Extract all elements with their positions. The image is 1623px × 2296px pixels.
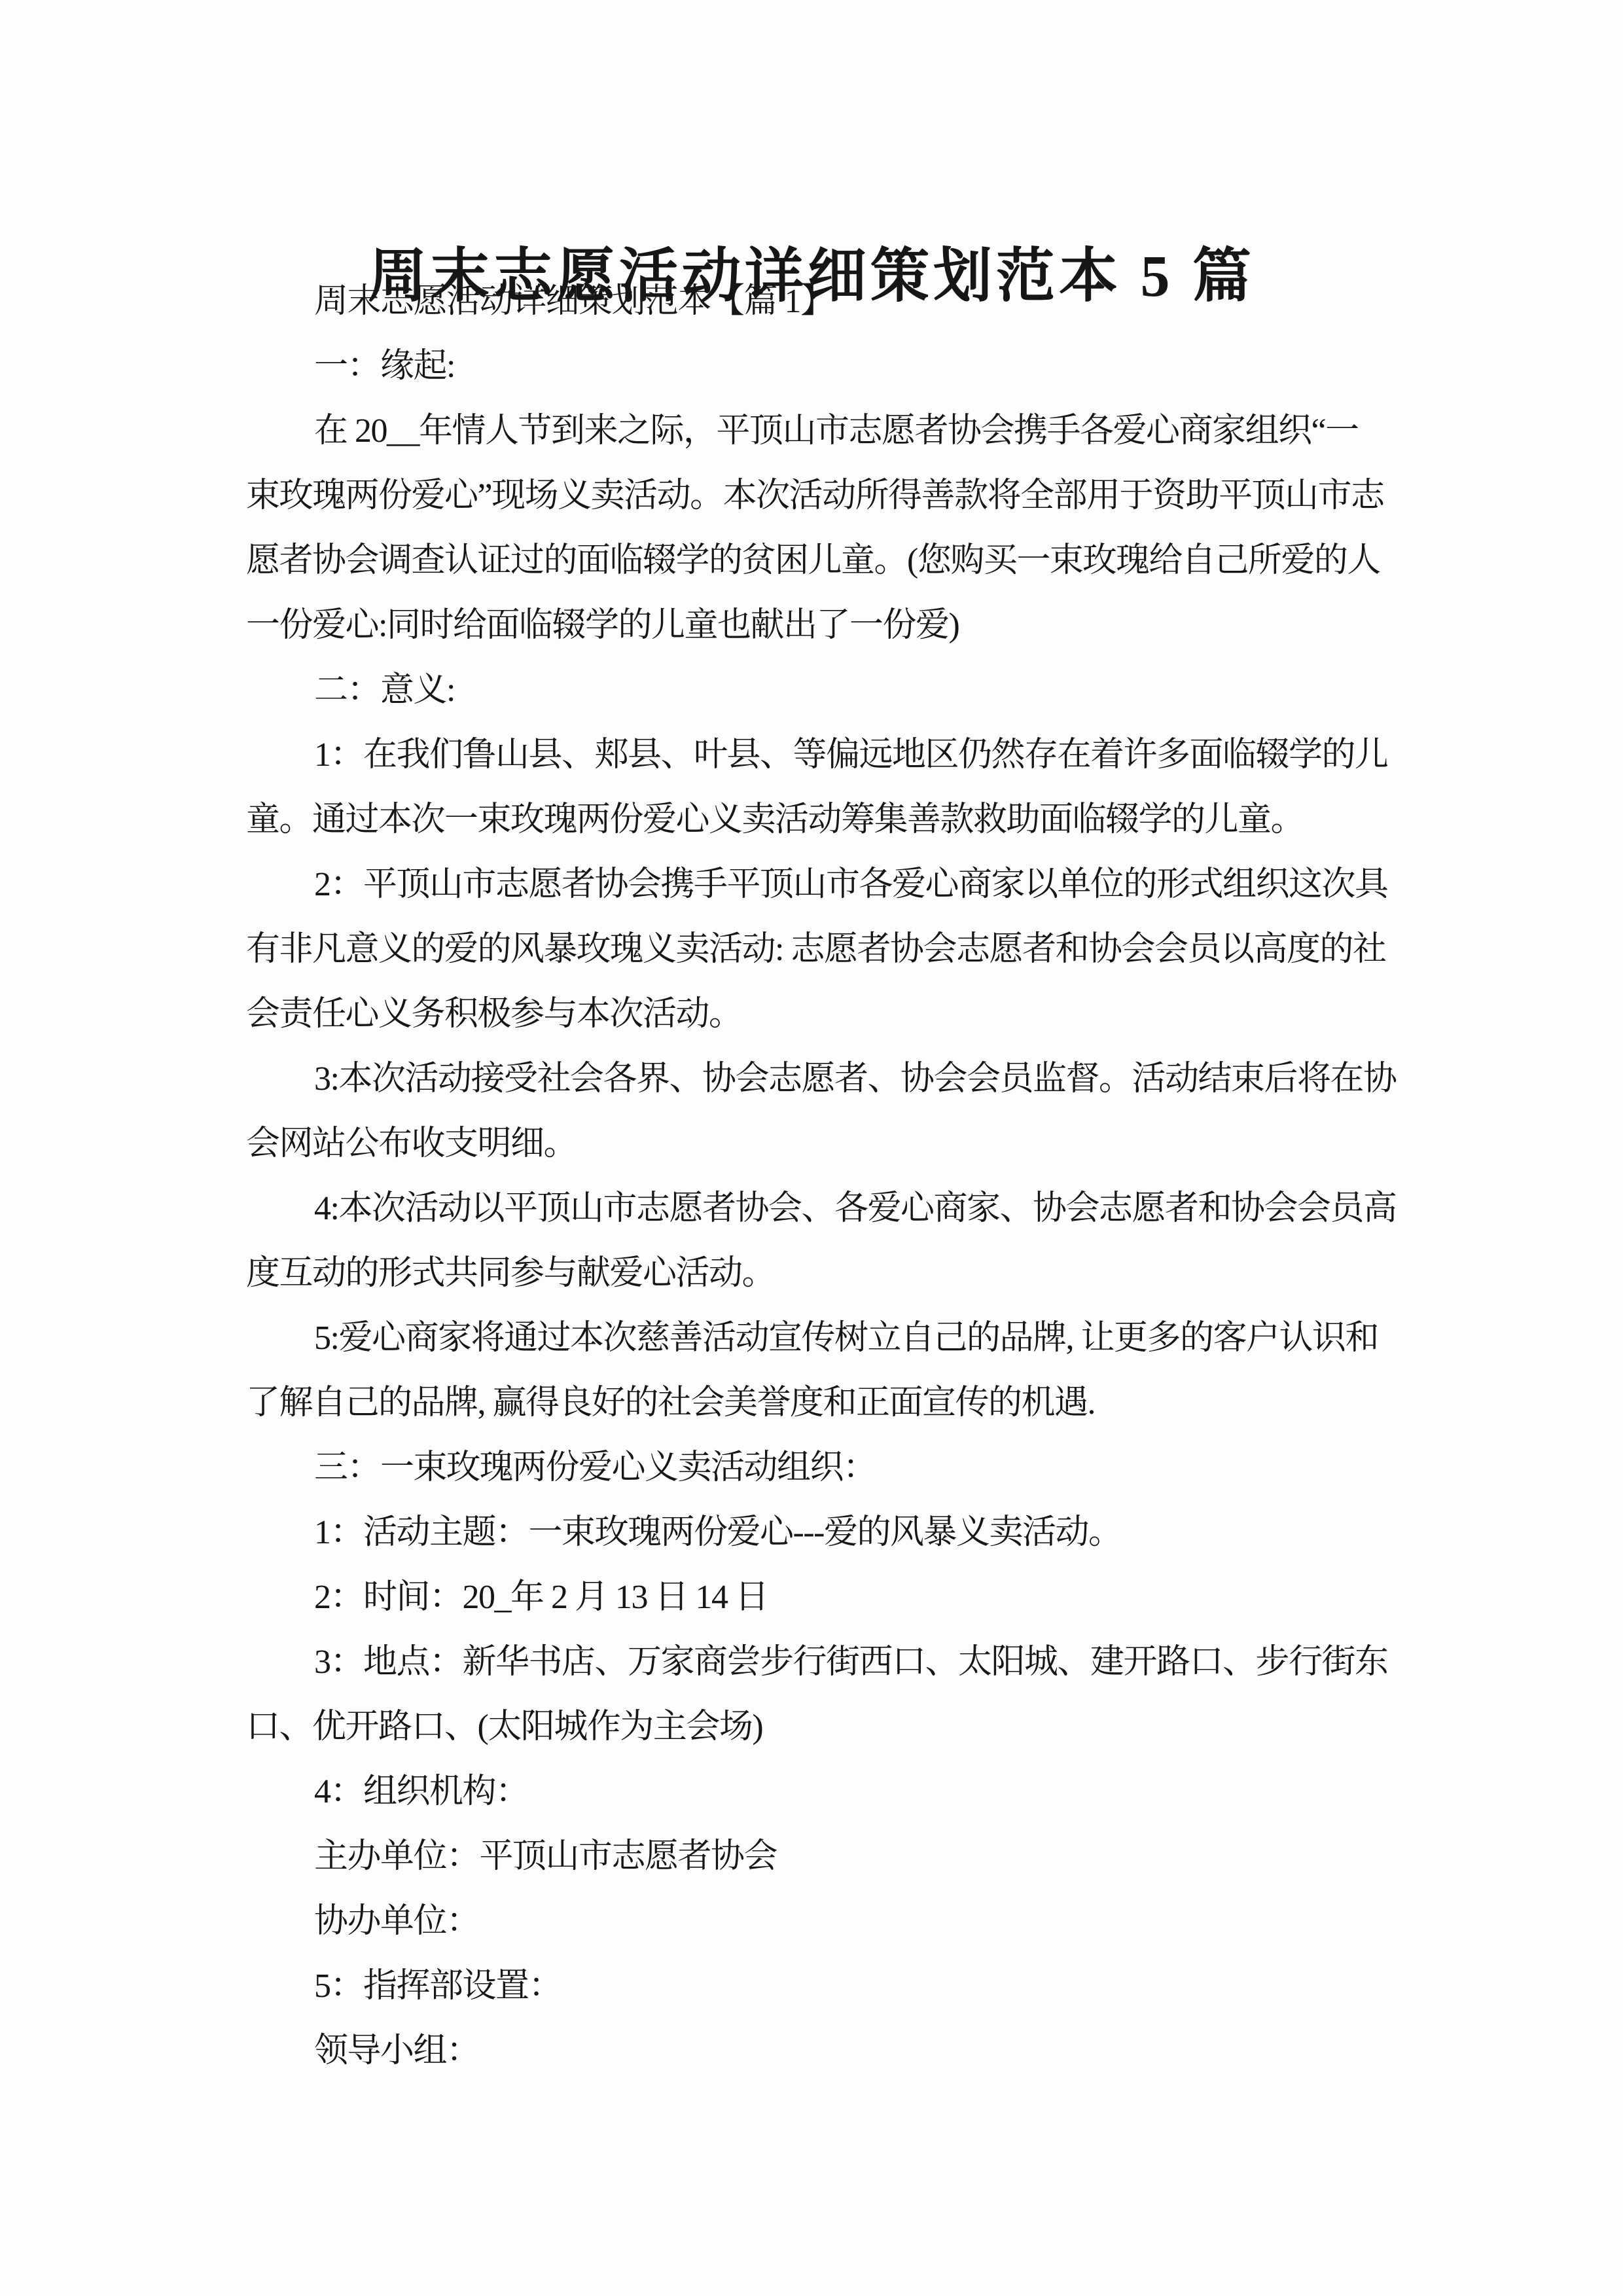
text-line: 2：时间：20_年 2 月 13 日 14 日	[246, 1565, 1466, 1630]
text-line: 一份爱心:同时给面临辍学的儿童也献出了一份爱)	[246, 593, 1398, 658]
text-line: 5：指挥部设置：	[246, 1954, 1466, 2018]
text-line: 二：意义:	[246, 658, 1466, 723]
text-line: 1：活动主题：一束玫瑰两份爱心---爱的风暴义卖活动。	[246, 1500, 1466, 1565]
text-line: 一：缘起:	[246, 334, 1466, 399]
text-line: 有非凡意义的爱的风暴玫瑰义卖活动: 志愿者协会志愿者和协会会员以高度的社	[246, 917, 1398, 982]
text-line: 2：平顶山市志愿者协会携手平顶山市各爱心商家以单位的形式组织这次具	[246, 852, 1466, 917]
text-line: 主办单位：平顶山市志愿者协会	[246, 1824, 1466, 1889]
text-line: 4：组织机构：	[246, 1759, 1466, 1824]
text-line: 3：地点：新华书店、万家商尝步行街西口、太阳城、建开路口、步行街东	[246, 1630, 1466, 1695]
text-line: 会网站公布收支明细。	[246, 1111, 1398, 1176]
text-line: 了解自己的品牌, 赢得良好的社会美誉度和正面宣传的机遇.	[246, 1371, 1398, 1435]
text-line: 口、优开路口、(太阳城作为主会场)	[246, 1695, 1398, 1759]
text-line: 度互动的形式共同参与献爱心活动。	[246, 1241, 1398, 1306]
text-line: 3:本次活动接受社会各界、协会志愿者、协会会员监督。活动结束后将在协	[246, 1047, 1466, 1111]
text-line: 三：一束玫瑰两份爱心义卖活动组织：	[246, 1435, 1466, 1500]
text-line: 束玫瑰两份爱心”现场义卖活动。本次活动所得善款将全部用于资助平顶山市志	[246, 463, 1398, 528]
text-line: 会责任心义务积极参与本次活动。	[246, 982, 1398, 1047]
document-page: 周末志愿活动详细策划范本 5 篇 周末志愿活动详细策划范本【篇 1】一：缘起:在…	[0, 0, 1623, 2296]
text-line: 1：在我们鲁山县、郏县、叶县、等偏远地区仍然存在着许多面临辍学的儿	[246, 723, 1466, 787]
text-line: 领导小组：	[246, 2018, 1466, 2083]
text-line: 童。通过本次一束玫瑰两份爱心义卖活动筹集善款救助面临辍学的儿童。	[246, 787, 1398, 852]
text-line: 愿者协会调查认证过的面临辍学的贫困儿童。(您购买一束玫瑰给自己所爱的人	[246, 528, 1398, 593]
text-line: 周末志愿活动详细策划范本【篇 1】	[246, 269, 1466, 334]
text-line: 协办单位：	[246, 1889, 1466, 1954]
text-line: 5:爱心商家将通过本次慈善活动宣传树立自己的品牌, 让更多的客户认识和	[246, 1306, 1466, 1371]
text-line: 在 20__年情人节到来之际，平顶山市志愿者协会携手各爱心商家组织“一	[246, 399, 1466, 463]
text-line: 4:本次活动以平顶山市志愿者协会、各爱心商家、协会志愿者和协会会员高	[246, 1176, 1466, 1241]
